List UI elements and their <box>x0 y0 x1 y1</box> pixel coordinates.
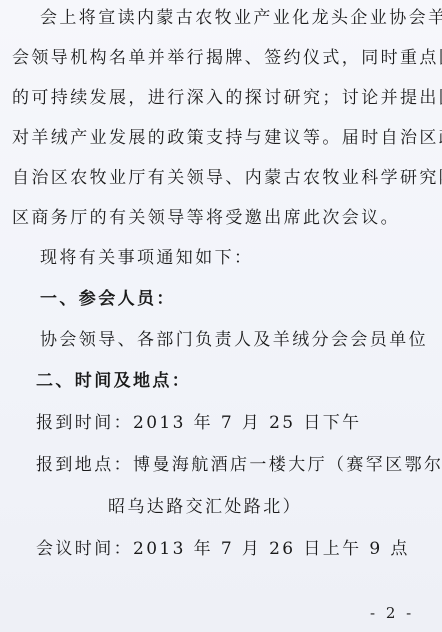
registration-time: 报到时间：2013 年 7 月 25 日下午 <box>36 412 362 434</box>
paragraph-line-4: 对羊绒产业发展的政策支持与建议等。届时自治区政府副主席、 <box>12 127 442 149</box>
page-number: - 2 - <box>370 604 414 622</box>
intro-text: 现将有关事项通知如下： <box>40 247 253 269</box>
paragraph-line-1: 会上将宣读内蒙古农牧业产业化龙头企业协会羊绒产业分 <box>40 7 442 29</box>
registration-place-line-2: 昭乌达路交汇处路北） <box>108 496 302 518</box>
document-page: 会上将宣读内蒙古农牧业产业化龙头企业协会羊绒产业分 会领导机构名单并举行揭牌、签… <box>0 0 442 632</box>
section-2-heading: 二、时间及地点： <box>36 370 191 392</box>
paragraph-line-5: 自治区农牧业厅有关领导、内蒙古农牧业科学研究院专家及自治 <box>12 167 442 189</box>
meeting-time: 会议时间：2013 年 7 月 26 日上午 9 点 <box>36 538 410 560</box>
section-1-content: 协会领导、各部门负责人及羊绒分会会员单位 <box>40 329 428 351</box>
paragraph-line-3: 的可持续发展，进行深入的探讨研究；讨论并提出国家、自治区 <box>12 87 442 109</box>
registration-place-line-1: 报到地点：博曼海航酒店一楼大厅（赛罕区鄂尔多斯大街与 <box>36 454 442 476</box>
paragraph-line-2: 会领导机构名单并举行揭牌、签约仪式，同时重点围绕羊绒产业 <box>12 47 442 69</box>
paragraph-line-6: 区商务厅的有关领导等将受邀出席此次会议。 <box>12 207 400 229</box>
section-1-heading: 一、参会人员： <box>40 288 176 310</box>
